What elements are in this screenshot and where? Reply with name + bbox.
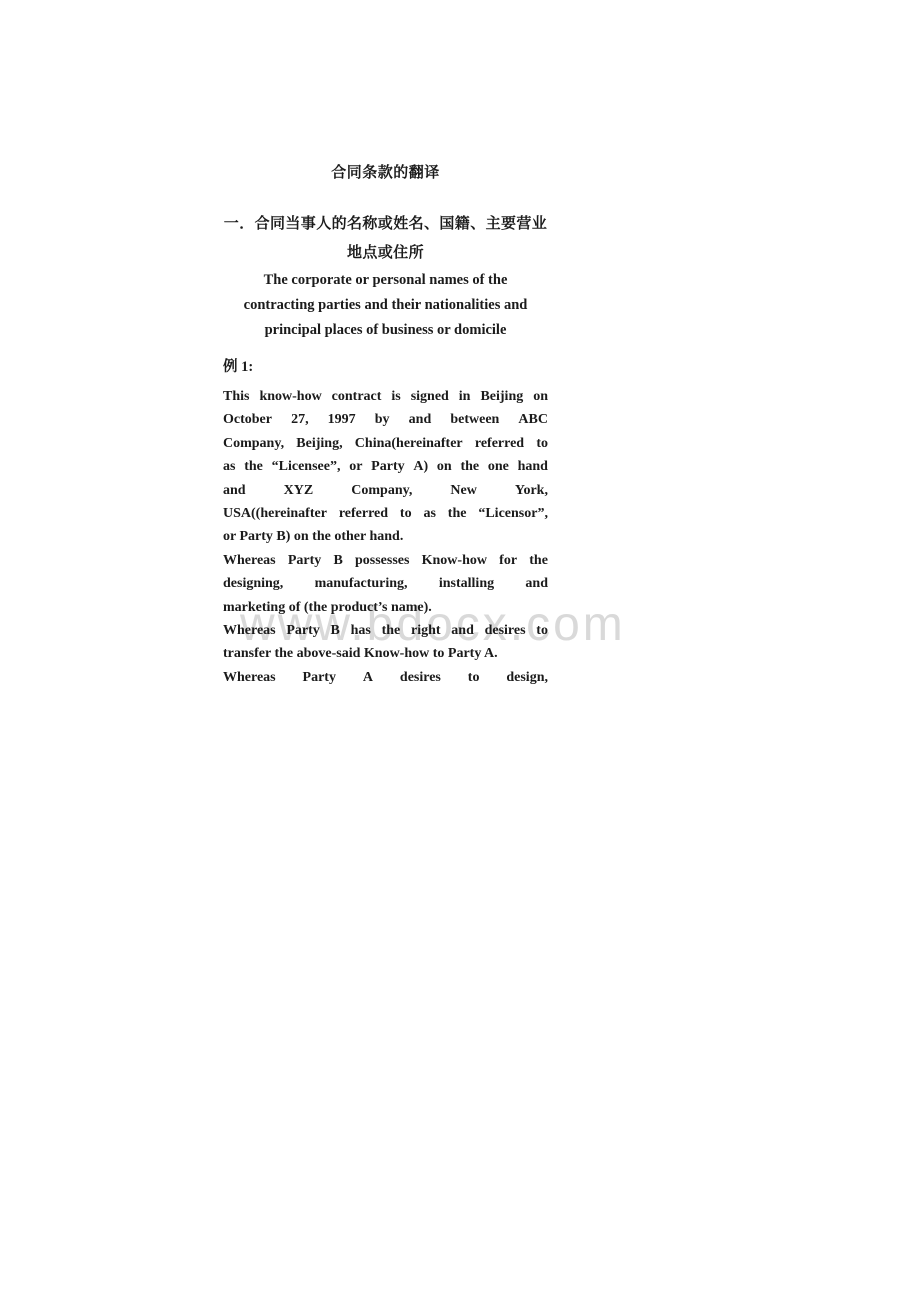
paragraph-line: October27,1997byandbetweenABC <box>223 408 548 431</box>
paragraph-line: WhereasPartyBpossessesKnow-howforthe <box>223 549 548 572</box>
paragraph-line: USA((hereinafterreferredtoasthe“Licensor… <box>223 502 548 525</box>
paragraph-line: Company,Beijing,China(hereinafterreferre… <box>223 432 548 455</box>
heading-line: 地点或住所 <box>223 239 548 268</box>
example-label: 例 1: <box>223 355 548 379</box>
paragraph-line: transfer the above-said Know-how to Part… <box>223 642 548 665</box>
section-heading-chinese: 一．合同当事人的名称或姓名、国籍、主要营业地点或住所 <box>223 210 548 268</box>
paragraph-line: WhereasPartyBhastherightanddesiresto <box>223 619 548 642</box>
document-page: www.bdocx.com 合同条款的翻译 一．合同当事人的名称或姓名、国籍、主… <box>0 0 920 1302</box>
paragraph-line: Thisknow-howcontractissignedinBeijingon <box>223 385 548 408</box>
heading-line: 一．合同当事人的名称或姓名、国籍、主要营业 <box>223 210 548 239</box>
paragraph-line: designing,manufacturing,installingand <box>223 572 548 595</box>
paragraph-line: andXYZCompany,NewYork, <box>223 479 548 502</box>
document-title: 合同条款的翻译 <box>223 161 548 185</box>
paragraph-line: marketing of (the product’s name). <box>223 596 548 619</box>
section-heading-english: The corporate or personal names of theco… <box>223 268 548 343</box>
paragraph-line: WhereasPartyAdesirestodesign, <box>223 666 548 689</box>
paragraph-line: asthe“Licensee”,orPartyA)ontheonehand <box>223 455 548 478</box>
document-content: 合同条款的翻译 一．合同当事人的名称或姓名、国籍、主要营业地点或住所 The c… <box>223 161 548 689</box>
contract-paragraphs: Thisknow-howcontractissignedinBeijingonO… <box>223 385 548 689</box>
heading-line: contracting parties and their nationalit… <box>223 293 548 318</box>
heading-line: principal places of business or domicile <box>223 318 548 343</box>
heading-line: The corporate or personal names of the <box>223 268 548 293</box>
paragraph-line: or Party B) on the other hand. <box>223 525 548 548</box>
